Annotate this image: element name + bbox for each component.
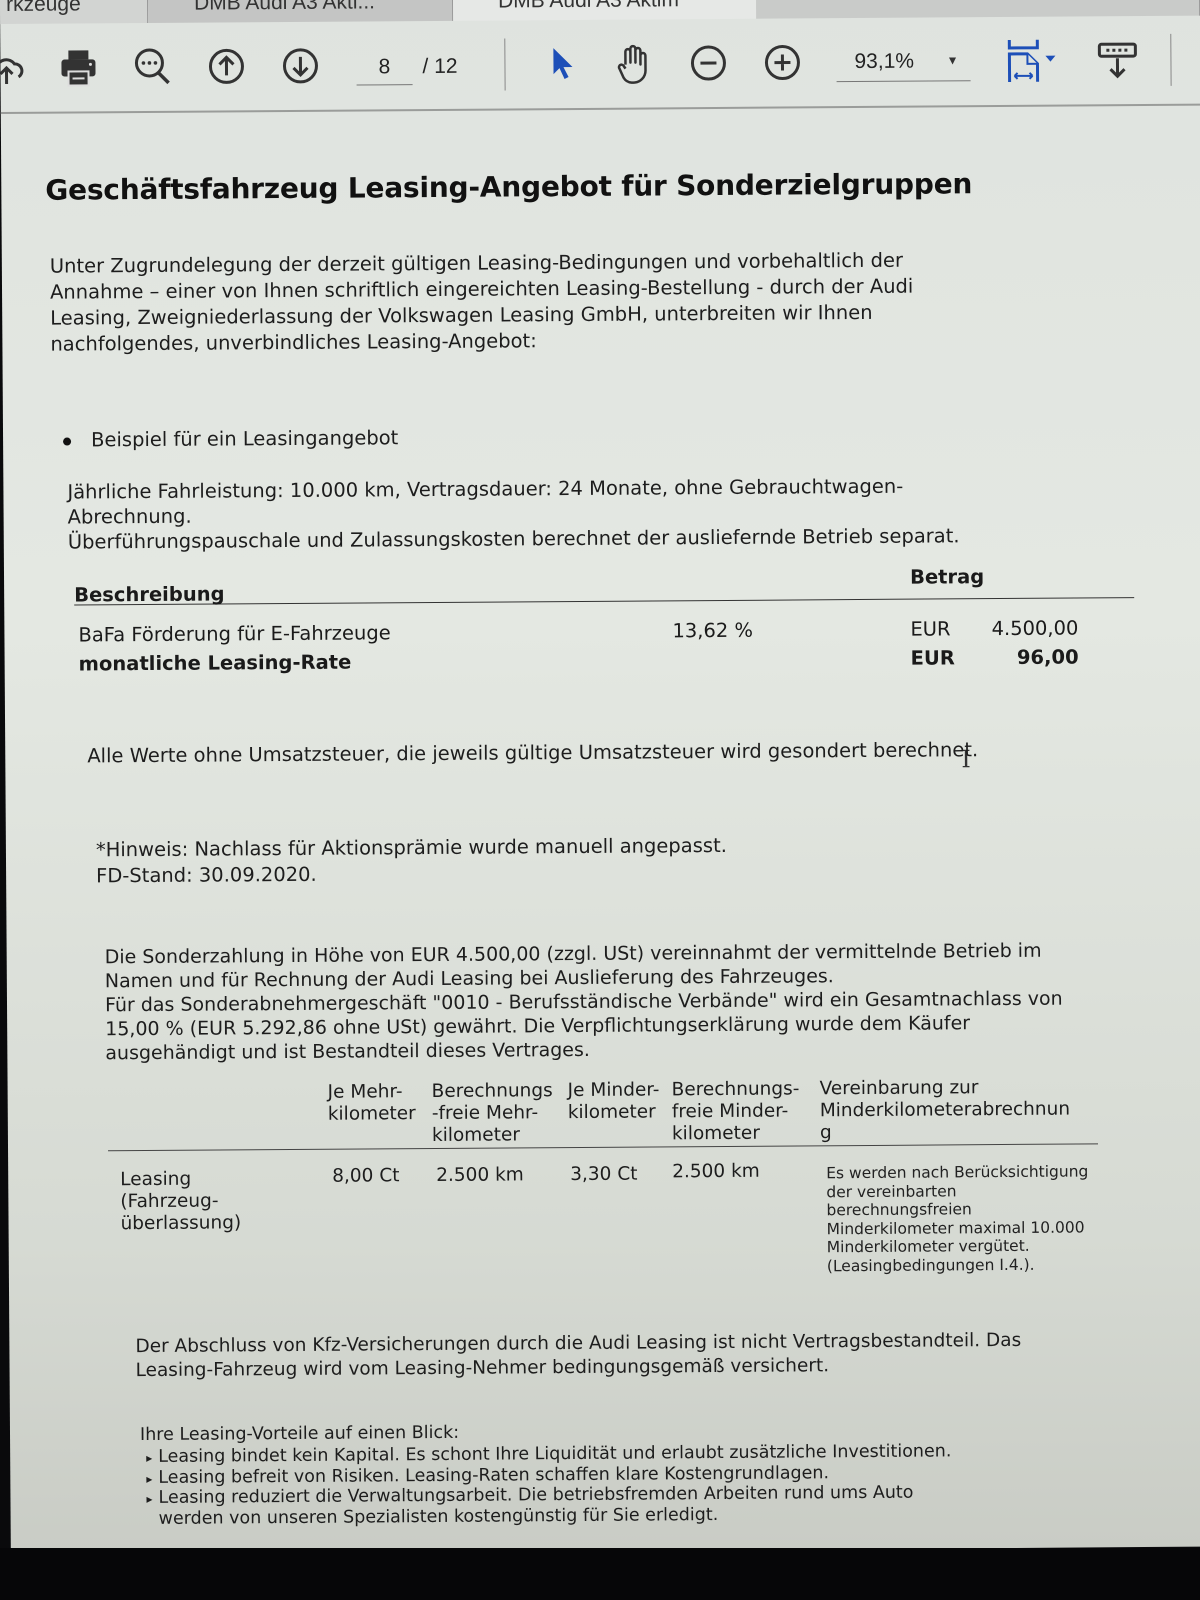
advantages-list: Leasing bindet kein Kapital. Es schont I… [146, 1441, 967, 1529]
cell-per-extra-km: 8,00 Ct [332, 1165, 399, 1187]
conditions-paragraph: Jährliche Fahrleistung: 10.000 km, Vertr… [67, 473, 968, 554]
hint-line-1: *Hinweis: Nachlass für Aktionsprämie wur… [96, 833, 727, 863]
insurance-note: Der Abschluss von Kfz-Versicherungen dur… [135, 1329, 1035, 1383]
row-currency: EUR [910, 617, 950, 640]
price-table-header: Beschreibung Betrag [74, 568, 1134, 605]
conditions-line-2: Überführungspauschale und Zulassungskost… [68, 523, 968, 554]
cell-free-less-km: 2.500 km [672, 1161, 760, 1184]
chevron-down-icon: ▼ [947, 53, 959, 67]
select-cursor-icon[interactable] [548, 42, 578, 86]
tab-empty[interactable] [756, 0, 1200, 19]
header-amount: Betrag [910, 565, 984, 589]
hint-note: *Hinweis: Nachlass für Aktionsprämie wur… [96, 833, 727, 889]
special-payment-paragraph: Die Sonderzahlung in Höhe von EUR 4.500,… [105, 938, 1106, 1065]
row-currency: EUR [911, 646, 955, 669]
header-agreement: Vereinbarung zur Minderkilometerabrechnu… [820, 1077, 1071, 1145]
tab-fahrzeuge[interactable]: rkzeuge [0, 0, 148, 24]
row-amount: 96,00 [959, 645, 1079, 669]
tab-dmb-audi-a3-2[interactable]: DMB Audi A3 Aktim [453, 0, 756, 21]
conditions-line-1: Jährliche Fahrleistung: 10.000 km, Vertr… [67, 473, 967, 529]
bullet-item: Beispiel für ein Leasingangebot [63, 425, 398, 453]
scroll-mode-icon[interactable] [1094, 38, 1140, 82]
tab-dmb-audi-a3-1[interactable]: DMB Audi A3 Akti... [148, 0, 453, 23]
row-description: monatliche Leasing-Rate [79, 651, 352, 676]
toolbar-divider [504, 38, 505, 90]
header-per-less-km: Je Minder- kilometer [568, 1079, 660, 1124]
page-total: / 12 [422, 55, 457, 79]
page-number-input[interactable]: 8 [356, 55, 412, 85]
page-title: Geschäftsfahrzeug Leasing-Angebot für So… [45, 167, 972, 206]
monitor-bezel [0, 1548, 1200, 1600]
upload-cloud-icon[interactable] [0, 46, 27, 90]
zoom-level-select[interactable]: 93,1% ▼ [836, 45, 970, 82]
pdf-viewer-window: rkzeuge DMB Audi A3 Akti... DMB Audi A3 … [0, 0, 1200, 1555]
bullet-dot-icon [63, 437, 71, 445]
cell-free-extra-km: 2.500 km [436, 1164, 524, 1187]
row-label: Leasing (Fahrzeug- überlassung) [120, 1168, 241, 1235]
page-down-icon[interactable] [280, 44, 320, 88]
list-item: Leasing reduziert die Verwaltungsarbeit.… [146, 1482, 966, 1529]
advantages-title: Ihre Leasing-Vorteile auf einen Blick: [140, 1423, 459, 1445]
pdf-toolbar: 8 / 12 93,1% ▼ [0, 20, 1200, 114]
vat-note: Alle Werte ohne Umsatzsteuer, die jeweil… [87, 737, 978, 769]
fit-page-icon[interactable] [1004, 39, 1062, 83]
print-icon[interactable] [56, 45, 100, 89]
header-per-extra-km: Je Mehr- kilometer [328, 1081, 416, 1126]
hint-line-2: FD-Stand: 30.09.2020. [96, 859, 727, 889]
row-percent: 13,62 % [672, 619, 753, 643]
hand-tool-icon[interactable] [614, 41, 654, 85]
header-free-extra-km: Berechnungs -freie Mehr- kilometer [432, 1080, 554, 1147]
header-free-less-km: Berechnungs- freie Minder- kilometer [672, 1078, 800, 1145]
kilometer-table: Je Mehr- kilometer Berechnungs -freie Me… [108, 1070, 1098, 1077]
find-icon[interactable] [130, 45, 174, 89]
cell-per-less-km: 3,30 Ct [570, 1164, 637, 1186]
page-up-icon[interactable] [206, 44, 246, 88]
kilometer-table-header: Je Mehr- kilometer Berechnungs -freie Me… [108, 1070, 1098, 1151]
toolbar-divider [1170, 34, 1171, 86]
cell-agreement-remark: Es werden nach Berücksichtigung der vere… [826, 1162, 1097, 1275]
zoom-level-value: 93,1% [854, 50, 914, 74]
zoom-out-icon[interactable] [688, 41, 728, 85]
special-payment-text: Die Sonderzahlung in Höhe von EUR 4.500,… [105, 938, 1105, 993]
row-amount: 4.500,00 [958, 616, 1078, 640]
row-description: BaFa Förderung für E-Fahrzeuge [78, 621, 390, 646]
bullet-text: Beispiel für ein Leasingangebot [91, 426, 398, 451]
header-description: Beschreibung [74, 582, 225, 606]
zoom-in-icon[interactable] [762, 40, 802, 84]
intro-paragraph: Unter Zugrundelegung der derzeit gültige… [50, 248, 931, 358]
special-discount-text: Für das Sonderabnehmergeschäft "0010 - B… [105, 986, 1105, 1065]
